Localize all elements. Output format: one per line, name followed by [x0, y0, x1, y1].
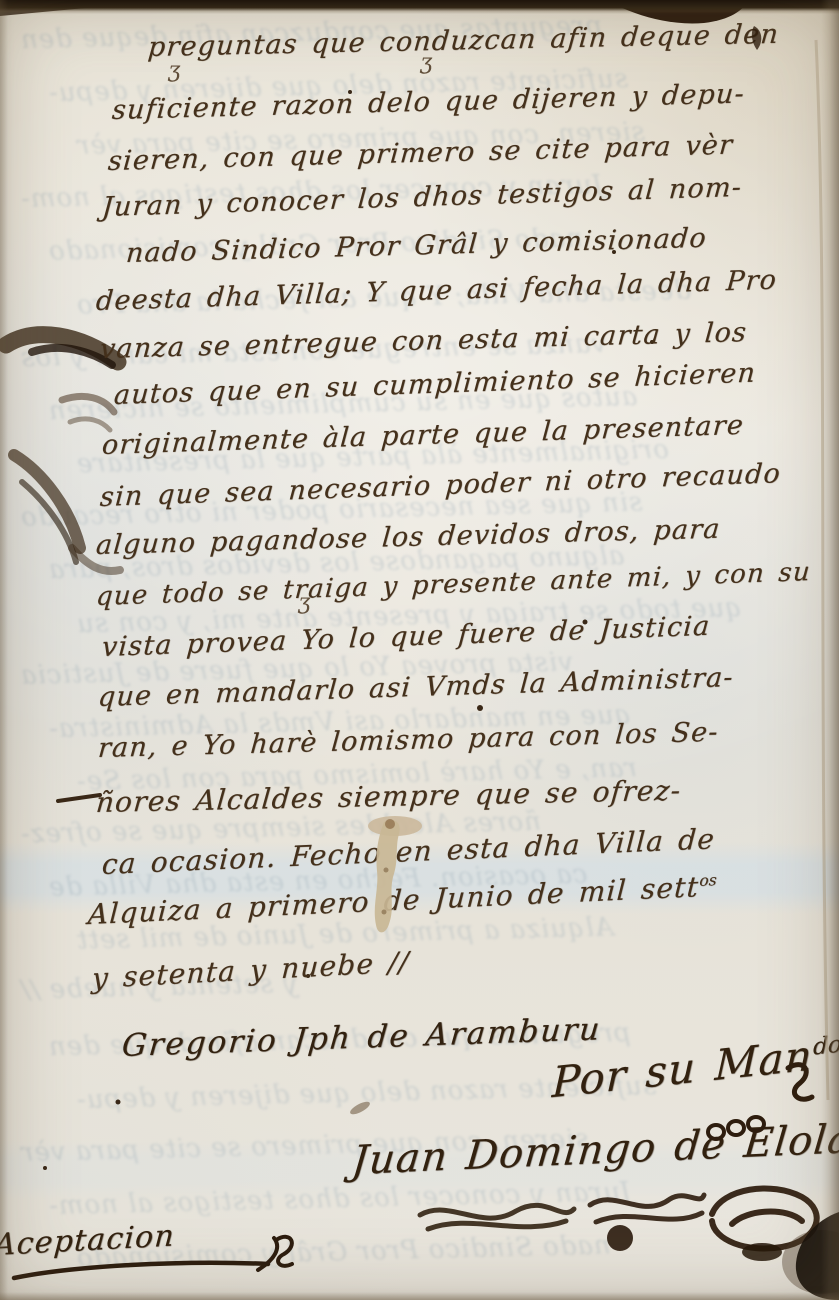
photo-left-edge [0, 0, 8, 1300]
photo-bottom-edge [0, 1292, 839, 1300]
photo-right-edge [821, 0, 839, 1300]
pen-flourish: ʒ [168, 58, 180, 83]
manuscript-photo: preguntas que conduzcan afin deque densu… [0, 0, 839, 1300]
pen-flourish: ʒ [420, 50, 432, 75]
photo-top-edge [0, 0, 839, 14]
pen-flourish: ʒ [298, 590, 310, 615]
superscript-abbreviation: os [699, 871, 717, 890]
